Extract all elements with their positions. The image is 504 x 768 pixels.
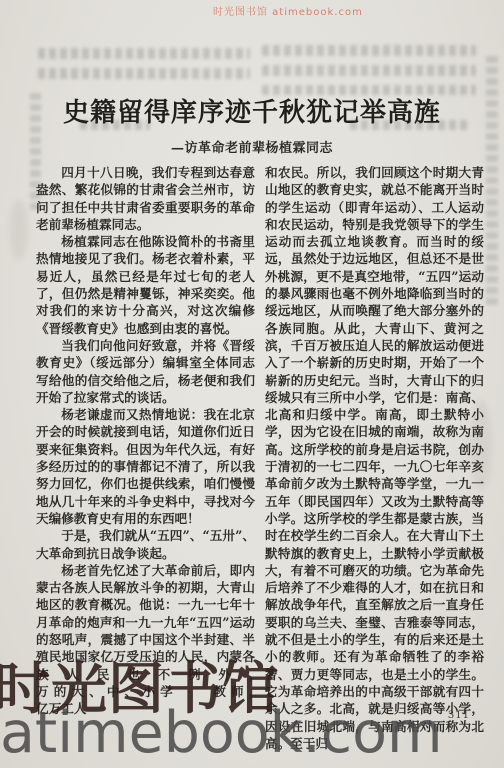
page-number: 311	[448, 710, 470, 721]
top-watermark: 时光图书馆 atimebook.com	[213, 3, 363, 18]
bleedthrough-text	[262, 65, 476, 76]
scanned-book-page: 时光图书馆 atimebook.com 史籍留得庠序迹千秋犹记举高旌 —访革命老…	[0, 0, 504, 768]
paragraph: 四月十八日晚，我们专程到达春意盎然、繁花似锦的甘肃省会兰州市，访问了担任中共甘肃…	[36, 164, 255, 233]
paragraph: 于是，我们就从“五四”、“五卅”、大革命到抗日战争谈起。	[36, 527, 255, 562]
right-column: 和农民。所以，我们回顾这个时期大青山地区的教育史实，就总不能离开当时的学生运动（…	[265, 164, 484, 752]
bleedthrough-text	[38, 68, 250, 79]
paragraph: 当我们向他问好致意，并将《晋绥教育史》（绥远部分）编辑室全体同志写给他的信交给他…	[36, 337, 255, 406]
paragraph: 杨植霖同志在他陈设简朴的书斋里热情地接见了我们。杨老衣着朴素，平易近人，虽然已经…	[36, 233, 255, 337]
scan-smudge	[10, 200, 28, 260]
paragraph: 和农民。所以，我们回顾这个时期大青山地区的教育史实，就总不能离开当时的学生运动（…	[265, 164, 484, 752]
article-subtitle: —访革命老前辈杨植霖同志	[0, 137, 504, 156]
bottom-watermark-latin: atimebook.com	[0, 700, 443, 766]
bleedthrough-text	[262, 45, 476, 56]
article-title: 史籍留得庠序迹千秋犹记举高旌	[0, 92, 504, 129]
paragraph: 杨老谦虚而又热情地说：我在北京开会的时候就接到电话，知道你们近日要来征集资料。但…	[36, 406, 255, 527]
bleedthrough-text	[38, 48, 250, 59]
